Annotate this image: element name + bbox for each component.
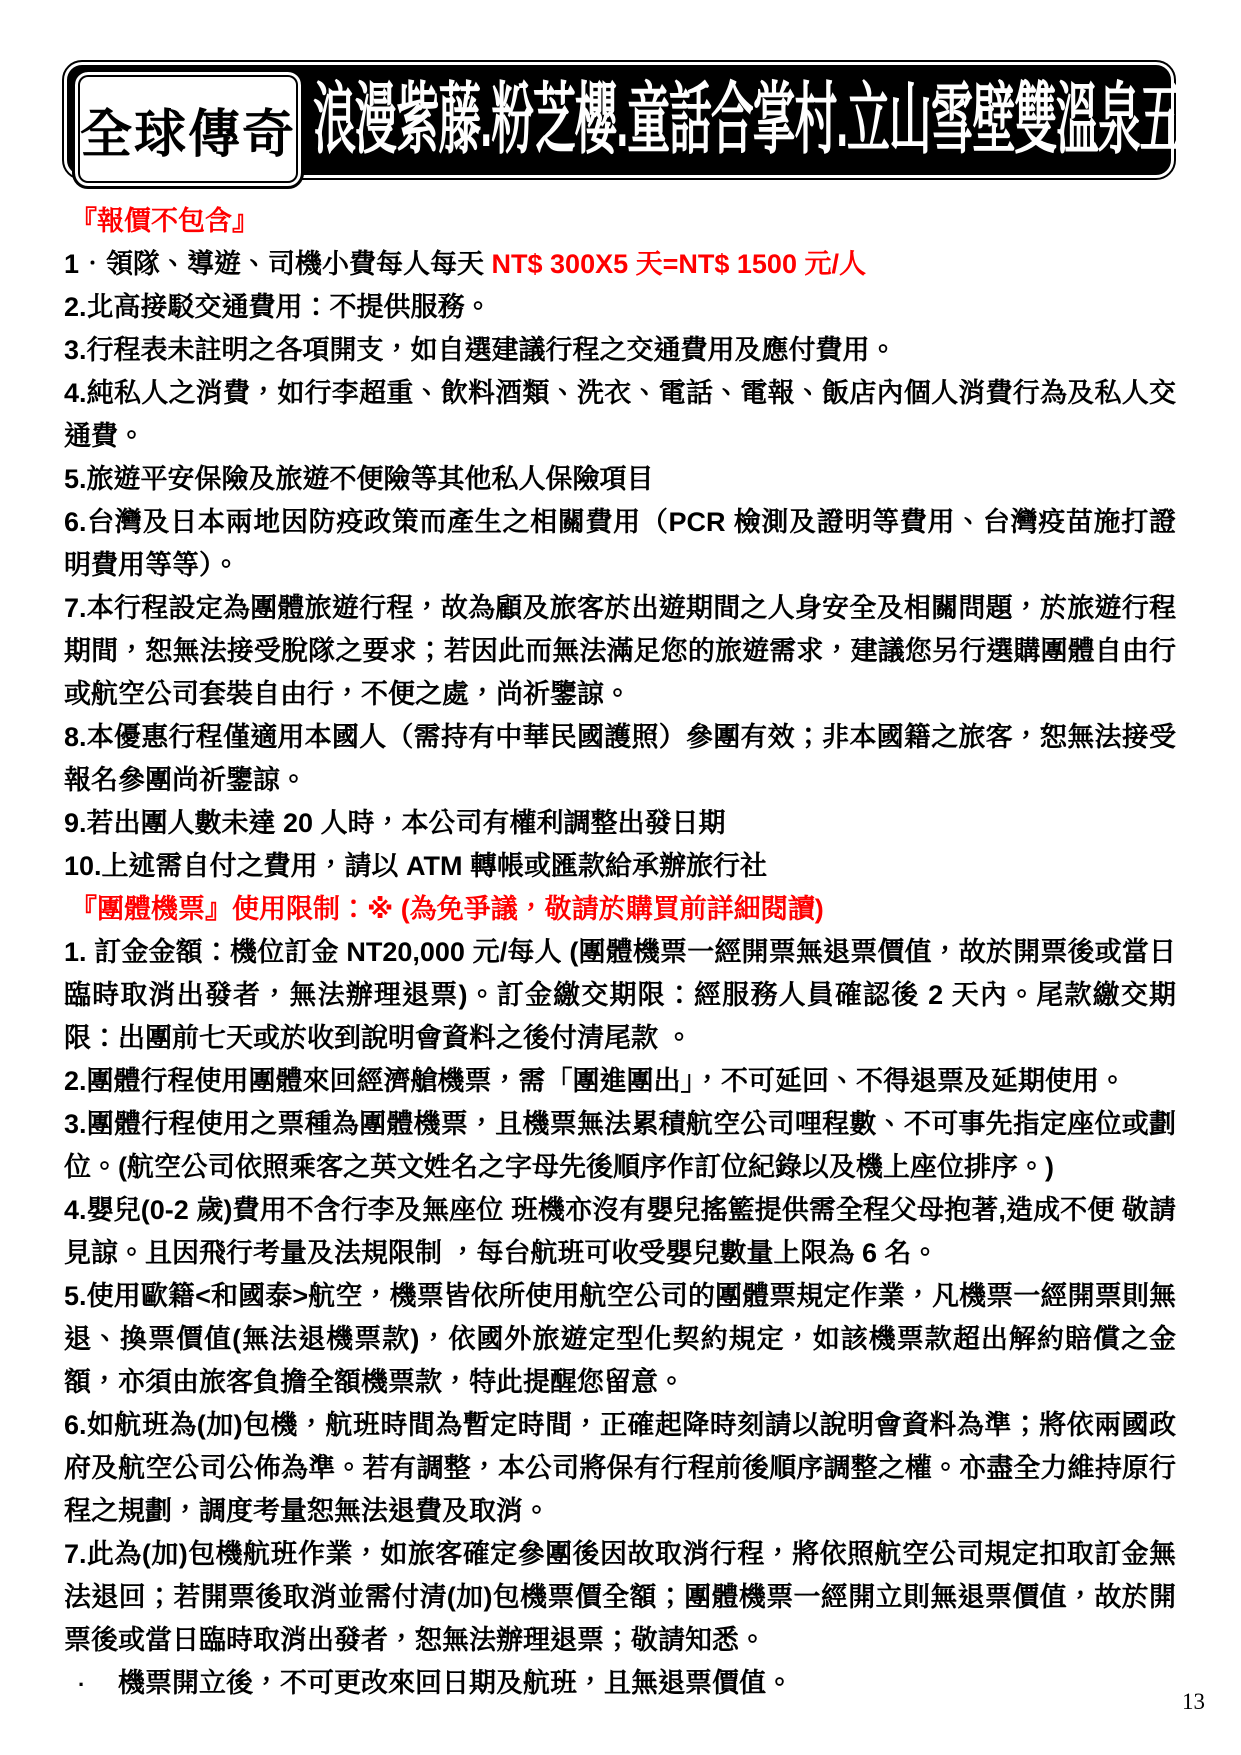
group-ticket-item: 2.團體行程使用團體來回經濟艙機票，需「團進團出」，不可延回、不得退票及延期使用…: [64, 1060, 1176, 1103]
group-ticket-item: 6.如航班為(加)包機，航班時間為暫定時間，正確起降時刻請以說明會資料為準；將依…: [64, 1404, 1176, 1533]
page-number: 13: [1182, 1689, 1205, 1715]
page-title: 浪漫紫藤.粉芝櫻.童話合掌村.立山雪壁雙溫泉五日: [313, 65, 1223, 175]
group-ticket-item: 1. 訂金金額：機位訂金 NT20,000 元/每人 (團體機票一經開票無退票價…: [64, 931, 1176, 1060]
note-text: 機票開立後，不可更改來回日期及航班，且無退票價值。: [118, 1668, 793, 1698]
exclusion-item: 8.本優惠行程僅適用本國人（需持有中華民國護照）參團有效；非本國籍之旅客，恕無法…: [64, 716, 1176, 802]
exclusion-item: 2.北高接駁交通費用：不提供服務。: [64, 286, 1176, 329]
exclusion-item: 1．領隊、導遊、司機小費每人每天 NT$ 300X5 天=NT$ 1500 元/…: [64, 243, 1176, 286]
exclusion-item: 6.台灣及日本兩地因防疫政策而產生之相關費用（PCR 檢測及證明等費用、台灣疫苗…: [64, 501, 1176, 587]
terms-content: 『報價不包含』 1．領隊、導遊、司機小費每人每天 NT$ 300X5 天=NT$…: [64, 200, 1176, 1706]
group-ticket-item: 4.嬰兒(0-2 歲)費用不含行李及無座位 班機亦沒有嬰兒搖籃提供需全程父母抱著…: [64, 1189, 1176, 1275]
exclusion-item: 10.上述需自付之費用，請以 ATM 轉帳或匯款給承辦旅行社: [64, 845, 1176, 888]
group-ticket-item: 7.此為(加)包機航班作業，如旅客確定參團後因故取消行程，將依照航空公司規定扣取…: [64, 1533, 1176, 1662]
brand-logo-text: 全球傳奇: [80, 92, 296, 167]
exclusion-item: 7.本行程設定為團體旅遊行程，故為顧及旅客於出遊期間之人身安全及相關問題，於旅遊…: [64, 587, 1176, 716]
header-banner: 全球傳奇 浪漫紫藤.粉芝櫻.童話合掌村.立山雪壁雙溫泉五日: [64, 62, 1174, 178]
group-ticket-item: 5.使用歐籍<和國泰>航空，機票皆依所使用航空公司的團體票規定作業，凡機票一經開…: [64, 1275, 1176, 1404]
exclusion-item: 3.行程表未註明之各項開支，如自選建議行程之交通費用及應付費用。: [64, 329, 1176, 372]
section-heading-exclusions: 『報價不包含』: [64, 200, 1176, 243]
brand-logo: 全球傳奇: [72, 69, 304, 189]
note-line: ·機票開立後，不可更改來回日期及航班，且無退票價值。: [64, 1662, 1176, 1706]
section-heading-group-ticket: 『團體機票』使用限制：※ (為免爭議，敬請於購買前詳細閱讀): [64, 888, 1176, 931]
bullet-icon: ·: [78, 1663, 118, 1706]
exclusion-item: 5.旅遊平安保險及旅遊不便險等其他私人保險項目: [64, 458, 1176, 501]
price-highlight: NT$ 300X5 天=NT$ 1500 元/人: [492, 249, 866, 279]
exclusion-item-text: 1．領隊、導遊、司機小費每人每天: [64, 249, 492, 279]
exclusion-item: 9.若出團人數未達 20 人時，本公司有權利調整出發日期: [64, 802, 1176, 845]
document-page: 全球傳奇 浪漫紫藤.粉芝櫻.童話合掌村.立山雪壁雙溫泉五日 『報價不包含』 1．…: [0, 0, 1241, 1755]
group-ticket-item: 3.團體行程使用之票種為團體機票，且機票無法累積航空公司哩程數、不可事先指定座位…: [64, 1103, 1176, 1189]
exclusion-item: 4.純私人之消費，如行李超重、飲料酒類、洗衣、電話、電報、飯店內個人消費行為及私…: [64, 372, 1176, 458]
